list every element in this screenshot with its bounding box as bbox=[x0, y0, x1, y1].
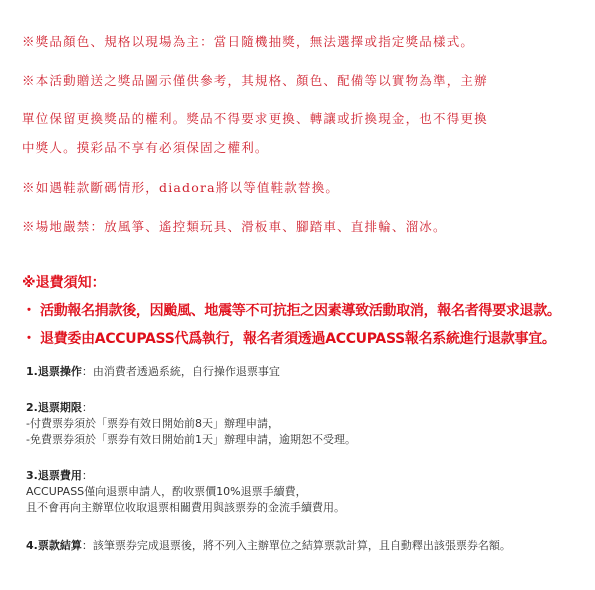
notice-prize-style: ※獎品顏色、規格以現場為主：當日隨機抽獎，無法選擇或指定獎品樣式。 bbox=[22, 32, 474, 50]
refund-bullet-2: ・退費委由ACCUPASS代爲執行，報名者須透過ACCUPASS報名系統進行退款… bbox=[22, 328, 556, 348]
policy-item-refund-fee: 3.退票費用： ACCUPASS僅向退票申請人，酌收票價10%退票手續費， 且不… bbox=[26, 468, 345, 516]
notice-prize-reference: ※本活動贈送之獎品圖示僅供參考，其規格、顏色、配備等以實物為準，主辦 bbox=[22, 71, 488, 89]
policy-text: ：由消費者透過系統，自行操作退票事宜 bbox=[82, 365, 280, 378]
policy-line: 且不會再向主辦單位收取退票相關費用與該票券的金流手續費用。 bbox=[26, 500, 345, 516]
notice-shoe-replacement: ※如遇鞋款斷碼情形，diadora將以等值鞋款替換。 bbox=[22, 178, 339, 196]
notice-prize-reference-cont: 單位保留更換獎品的權利。獎品不得要求更換、轉讓或折換現金，也不得更換 bbox=[22, 109, 488, 127]
policy-item-refund-deadline: 2.退票期限： -付費票券須於「票券有效日開始前8天」辦理申請， -免費票券須於… bbox=[26, 400, 356, 448]
refund-bullet-1: ・活動報名捐款後，因颱風、地震等不可抗拒之因素導致活動取消，報名者得要求退款。 bbox=[22, 300, 561, 320]
notice-venue-prohibited: ※場地嚴禁：放風箏、遙控類玩具、滑板車、腳踏車、直排輪、溜冰。 bbox=[22, 217, 447, 235]
refund-bullet-text: 活動報名捐款後，因颱風、地震等不可抗拒之因素導致活動取消，報名者得要求退款。 bbox=[40, 303, 561, 319]
policy-label: 1.退票操作 bbox=[26, 365, 82, 378]
notice-prize-reference-cont2: 中獎人。摸彩品不享有必須保固之權利。 bbox=[22, 138, 269, 156]
policy-label: 3.退票費用 bbox=[26, 469, 82, 482]
policy-label: 2.退票期限 bbox=[26, 401, 82, 414]
policy-text: ： bbox=[82, 469, 93, 482]
policy-item-refund-operation: 1.退票操作：由消費者透過系統，自行操作退票事宜 bbox=[26, 364, 280, 380]
bullet-icon: ・ bbox=[22, 328, 40, 348]
policy-label: 4.票款結算 bbox=[26, 539, 82, 552]
policy-line: ACCUPASS僅向退票申請人，酌收票價10%退票手續費， bbox=[26, 484, 345, 500]
refund-bullet-text: 退費委由ACCUPASS代爲執行，報名者須透過ACCUPASS報名系統進行退款事… bbox=[40, 331, 556, 347]
refund-notice-title: ※退費須知： bbox=[22, 272, 106, 292]
policy-line: -付費票券須於「票券有效日開始前8天」辦理申請， bbox=[26, 416, 356, 432]
policy-text: ：該筆票券完成退票後，將不列入主辦單位之結算票款計算，且自動釋出該張票券名額。 bbox=[82, 539, 511, 552]
policy-text: ： bbox=[82, 401, 93, 414]
policy-item-settlement: 4.票款結算：該筆票券完成退票後，將不列入主辦單位之結算票款計算，且自動釋出該張… bbox=[26, 538, 511, 554]
bullet-icon: ・ bbox=[22, 300, 40, 320]
policy-line: -免費票券須於「票券有效日開始前1天」辦理申請，逾期恕不受理。 bbox=[26, 432, 356, 448]
